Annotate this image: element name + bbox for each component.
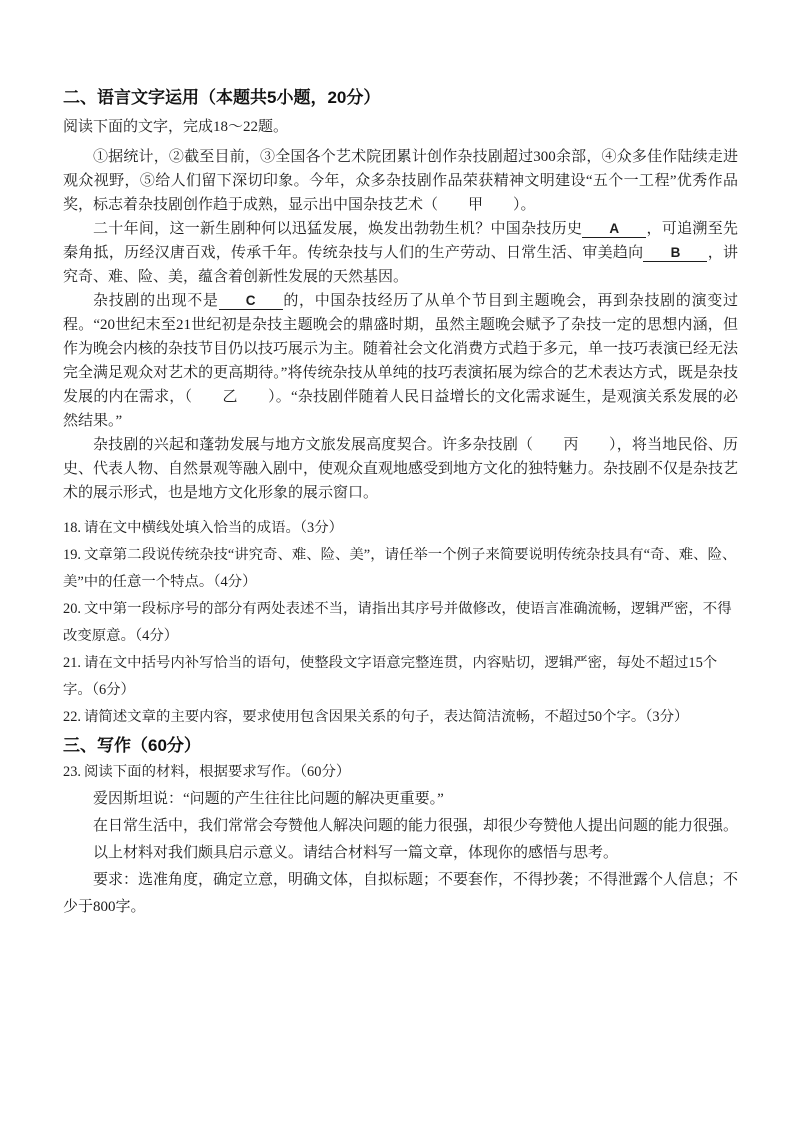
question-number: 22. [63,709,81,725]
material-paragraph: 爱因斯坦说：“问题的产生往往比问题的解决更重要。” [63,786,738,813]
writing-materials: 爱因斯坦说：“问题的产生往往比问题的解决更重要。”在日常生活中，我们常常会夸赞他… [63,786,738,921]
question-number: 19. [63,547,81,563]
writing-question: 23.阅读下面的材料，根据要求写作。（60分） [63,759,738,786]
passage-paragraph: 杂技剧的兴起和蓬勃发展与地方文旅发展高度契合。许多杂技剧（ 丙 ），将当地民俗、… [63,433,738,505]
language-questions: 18.请在文中横线处填入恰当的成语。（3分）19.文章第二段说传统杂技“讲究奇、… [63,515,738,731]
question-number: 20. [63,601,81,617]
fill-blank-A: A [582,221,646,238]
material-paragraph: 以上材料对我们颇具启示意义。请结合材料写一篇文章，体现你的感悟与思考。 [63,840,738,867]
fill-blank-B: B [643,245,707,262]
material-paragraph: 要求：选准角度，确定立意，明确文体，自拟标题；不要套作，不得抄袭；不得泄露个人信… [63,867,738,921]
question-number: 23. [63,764,81,780]
material-paragraph: 在日常生活中，我们常常会夸赞他人解决问题的能力很强，却很少夸赞他人提出问题的能力… [63,813,738,840]
question-23: 23.阅读下面的材料，根据要求写作。（60分） [63,759,738,786]
passage-paragraph: 杂技剧的出现不是C的，中国杂技经历了从单个节目到主题晚会，再到杂技剧的演变过程。… [63,289,738,433]
passage-paragraph: ①据统计，②截至目前，③全国各个艺术院团累计创作杂技剧超过300余部，④众多佳作… [63,145,738,217]
section-writing-heading: 三、写作（60分） [63,734,738,757]
question-21: 21.请在文中括号内补写恰当的语句，使整段文字语意完整连贯，内容贴切，逻辑严密，… [63,650,738,704]
question-19: 19.文章第二段说传统杂技“讲究奇、难、险、美”，请任举一个例子来简要说明传统杂… [63,542,738,596]
reading-passage: ①据统计，②截至目前，③全国各个艺术院团累计创作杂技剧超过300余部，④众多佳作… [63,145,738,505]
passage-intro: 阅读下面的文字，完成18～22题。 [63,114,738,140]
passage-paragraph: 二十年间，这一新生剧种何以迅猛发展，焕发出勃勃生机？中国杂技历史A，可追溯至先秦… [63,217,738,289]
question-20: 20.文中第一段标序号的部分有两处表述不当，请指出其序号并做修改，使语言准确流畅… [63,596,738,650]
fill-blank-C: C [219,293,283,310]
question-22: 22.请简述文章的主要内容，要求使用包含因果关系的句子，表达简洁流畅，不超过50… [63,704,738,731]
section-language-heading: 二、语言文字运用（本题共5小题，20分） [63,86,738,109]
question-number: 21. [63,655,81,671]
question-18: 18.请在文中横线处填入恰当的成语。（3分） [63,515,738,542]
exam-page: 二、语言文字运用（本题共5小题，20分） 阅读下面的文字，完成18～22题。 ①… [0,0,800,1131]
question-number: 18. [63,520,81,536]
